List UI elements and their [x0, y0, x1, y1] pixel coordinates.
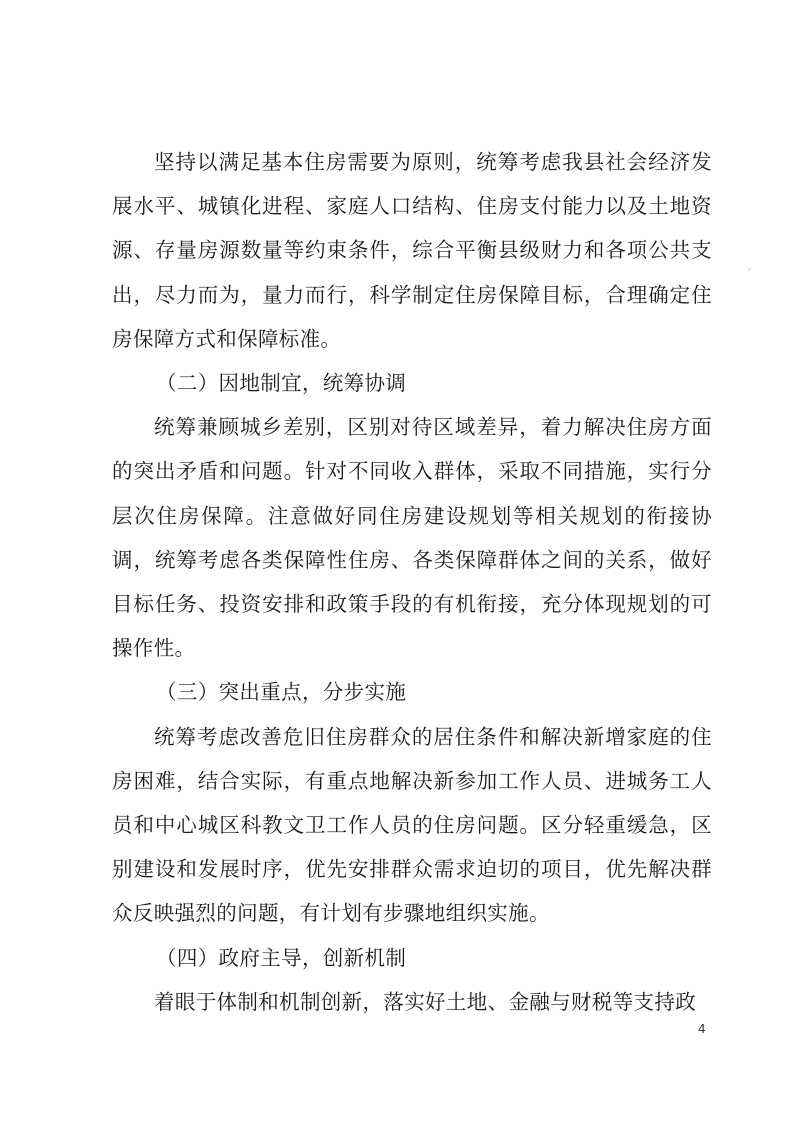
- section-heading-3: （三）突出重点，分步实施: [112, 670, 712, 714]
- page-number: 4: [698, 1022, 706, 1036]
- paragraph-key-priorities: 统筹考虑改善危旧住房群众的居住条件和解决新增家庭的住房困难，结合实际，有重点地解…: [112, 715, 712, 936]
- paragraph-coordination: 统筹兼顾城乡差别，区别对待区域差异，着力解决住房方面的突出矛盾和问题。针对不同收…: [112, 405, 712, 670]
- document-page: 坚持以满足基本住房需要为原则，统筹考虑我县社会经济发展水平、城镇化进程、家庭人口…: [0, 0, 793, 1121]
- section-heading-4: （四）政府主导，创新机制: [112, 936, 712, 980]
- scan-artifact: [748, 268, 751, 271]
- section-heading-2: （二）因地制宜，统筹协调: [112, 361, 712, 405]
- paragraph-basic-housing-principle: 坚持以满足基本住房需要为原则，统筹考虑我县社会经济发展水平、城镇化进程、家庭人口…: [112, 140, 712, 361]
- document-body: 坚持以满足基本住房需要为原则，统筹考虑我县社会经济发展水平、城镇化进程、家庭人口…: [112, 140, 712, 1024]
- paragraph-innovation: 着眼于体制和机制创新，落实好土地、金融与财税等支持政: [112, 980, 712, 1024]
